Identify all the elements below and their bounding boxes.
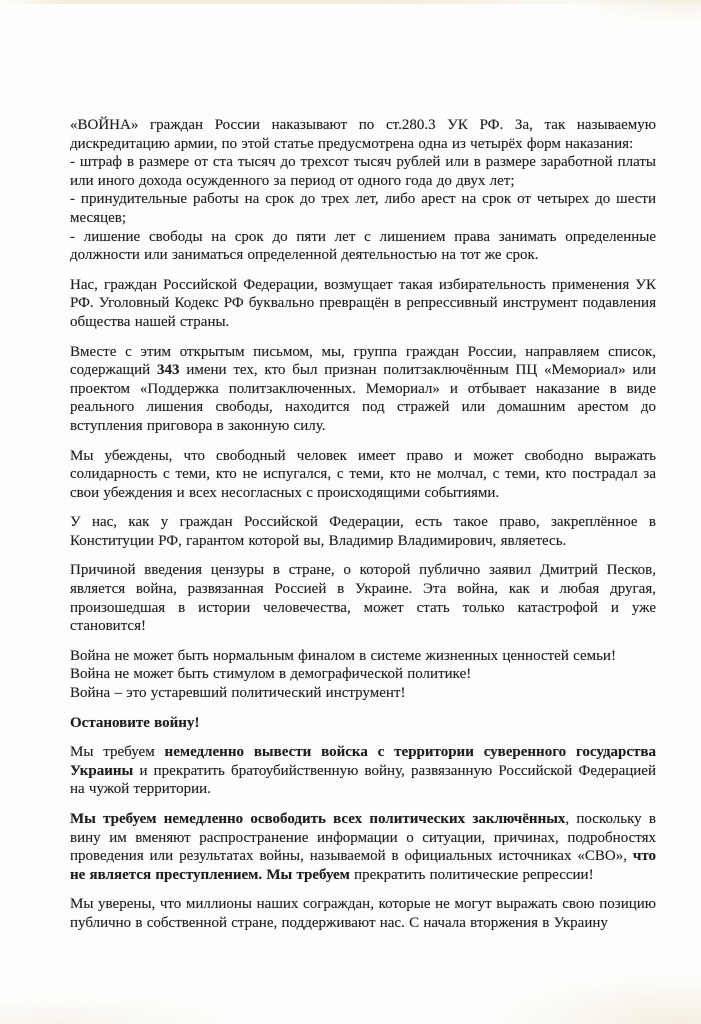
scanned-letter-page: «ВОЙНА» граждан России наказывают по ст.… [0, 0, 701, 1024]
text-run: Мы убеждены, что свободный человек имеет… [70, 448, 656, 501]
demand-release-political-prisoners: Мы требуем немедленно освободить всех по… [70, 810, 656, 884]
list-item-forced-labor: - принудительные работы на срок до трех … [70, 190, 656, 227]
text-run: и прекратить братоубийственную войну, ра… [70, 763, 656, 798]
text-run: Мы уверены, что миллионы наших сограждан… [70, 896, 656, 931]
scan-edge-artifact-top-right [571, 0, 701, 24]
para-discreditation-penalties-intro: «ВОЙНА» граждан России наказывают по ст.… [70, 116, 656, 153]
para-censorship-cause-war: Причиной введения цензуры в стране, о ко… [70, 561, 656, 635]
text-run: Мы требуем [70, 744, 165, 760]
demand-withdraw-troops: Мы требуем немедленно вывести войска с т… [70, 743, 656, 799]
text-run: Причиной введения цензуры в стране, о ко… [70, 562, 656, 634]
scan-edge-artifact-bottom-right [501, 976, 701, 1024]
bold-text-run: Остановите войну! [70, 715, 199, 731]
bold-text-run: 343 [157, 362, 180, 378]
text-run: Нас, граждан Российской Федерации, возму… [70, 277, 656, 330]
text-run: Война не может быть нормальным финалом в… [70, 648, 616, 664]
text-run: «ВОЙНА» граждан России наказывают по ст.… [70, 117, 656, 152]
para-millions-of-citizens-support: Мы уверены, что миллионы наших сограждан… [70, 895, 656, 932]
heading-stop-the-war: Остановите войну! [70, 714, 656, 733]
text-run: У нас, как у граждан Российской Федераци… [70, 514, 656, 549]
text-run: прекратить политические репрессии! [350, 867, 594, 883]
scan-edge-artifact-bottom-left [0, 996, 230, 1024]
text-run: - принудительные работы на срок до трех … [70, 191, 656, 226]
text-run: Война не может быть стимулом в демографи… [70, 666, 471, 682]
text-run: Война – это устаревший политический инст… [70, 685, 405, 701]
list-item-fine: - штраф в размере от ста тысяч до трехсо… [70, 153, 656, 190]
para-selective-enforcement: Нас, граждан Российской Федерации, возму… [70, 276, 656, 332]
slogan-war-demographics: Война не может быть стимулом в демографи… [70, 665, 656, 684]
list-item-imprisonment: - лишение свободы на срок до пяти лет с … [70, 228, 656, 265]
slogan-war-family-values: Война не может быть нормальным финалом в… [70, 647, 656, 666]
para-free-person-solidarity: Мы убеждены, что свободный человек имеет… [70, 447, 656, 503]
para-constitutional-right: У нас, как у граждан Российской Федераци… [70, 513, 656, 550]
slogan-war-outdated-instrument: Война – это устаревший политический инст… [70, 684, 656, 703]
para-open-letter-list-343: Вместе с этим открытым письмом, мы, груп… [70, 343, 656, 436]
document-body: «ВОЙНА» граждан России наказывают по ст.… [70, 116, 656, 933]
text-run: - лишение свободы на срок до пяти лет с … [70, 229, 656, 264]
text-run: - штраф в размере от ста тысяч до трехсо… [70, 154, 656, 189]
bold-text-run: Мы требуем немедленно освободить всех по… [70, 811, 565, 827]
